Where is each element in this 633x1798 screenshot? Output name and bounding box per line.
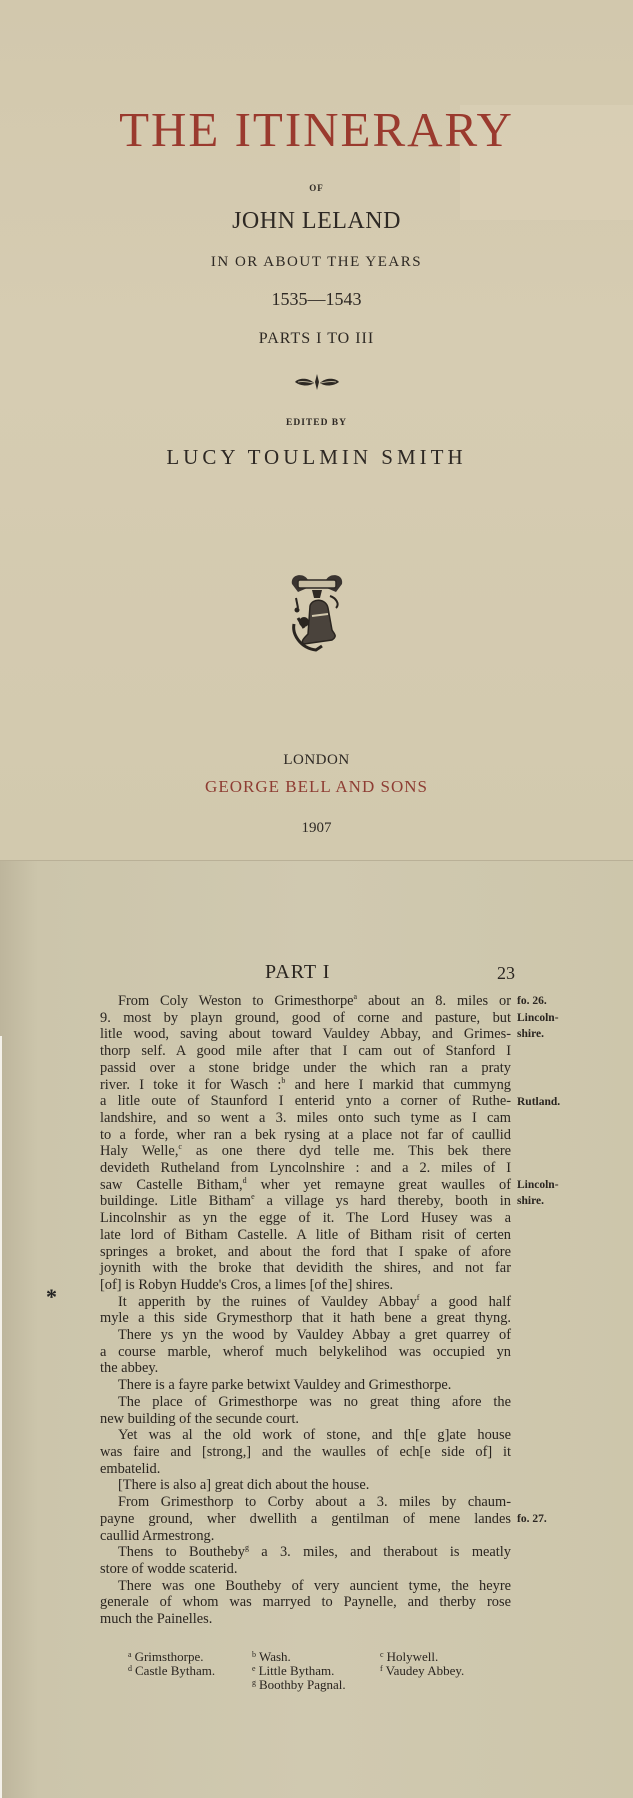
text-line: to a forde, wher ran a bek rysing at a p… [100, 1127, 511, 1144]
text-line: joynith with the broke that devidith the… [100, 1260, 511, 1277]
text-line: [of] is Robyn Hudde's Cros, a limes [of … [100, 1277, 511, 1294]
text-line: caullid Armestrong. [100, 1528, 511, 1545]
text-line: There was one Boutheby of very auncient … [100, 1578, 511, 1595]
of-label: OF [0, 183, 633, 193]
margin-note-county: Rutland. [517, 1096, 560, 1108]
text-line: Thens to Bouthebyg a 3. miles, and thera… [100, 1544, 511, 1561]
text-line: late lord of Bitham Castelle. A litle of… [100, 1227, 511, 1244]
text-line: store of wodde scaterid. [100, 1561, 511, 1578]
text-line: Yet was al the old work of stone, and th… [100, 1427, 511, 1444]
text-line: devideth Rutheland from Lyncolnshire : a… [100, 1160, 511, 1177]
page-heading: PART I [265, 961, 330, 984]
text-line: From Coly Weston to Grimesthorpea about … [100, 993, 511, 1010]
scan-edge [0, 1036, 2, 1797]
edited-by-label: EDITED BY [0, 418, 633, 428]
publication-year: 1907 [0, 820, 633, 837]
years-label: IN OR ABOUT THE YEARS [0, 254, 633, 271]
text-line: thorp self. A good mile after that I cam… [100, 1043, 511, 1060]
text-line: From Grimesthorp to Corby about a 3. mil… [100, 1494, 511, 1511]
text-line: myle a this side Grymesthorp that it hat… [100, 1310, 511, 1327]
text-line: generale of whom was marryed to Paynelle… [100, 1594, 511, 1611]
text-line: saw Castelle Bitham,d wher yet remayne g… [100, 1177, 511, 1194]
text-line: a course marble, wherof much belykelihod… [100, 1344, 511, 1361]
text-line: a litle oute of Staunford I enterid ynto… [100, 1093, 511, 1110]
text-line: new building of the secunde court. [100, 1411, 511, 1428]
margin-note-county: shire. [517, 1195, 544, 1207]
text-line: It apperith by the ruines of Vauldey Abb… [100, 1294, 511, 1311]
text-line: landshire, and so went a 3. miles onto s… [100, 1110, 511, 1127]
text-line: buildinge. Litle Bithame a village ys ha… [100, 1193, 511, 1210]
margin-note-county: Lincoln- [517, 1012, 559, 1024]
footnote: aGrimsthorpe. [128, 1650, 204, 1664]
years-range: 1535—1543 [0, 289, 633, 310]
author-name: JOHN LELAND [0, 208, 633, 235]
leaf-ornament-icon [0, 373, 633, 393]
book-title: THE ITINERARY [0, 101, 633, 158]
text-line: There ys yn the wood by Vauldey Abbay a … [100, 1327, 511, 1344]
bell-anchor-printers-device-icon [0, 568, 633, 658]
text-line: the abbey. [100, 1360, 511, 1377]
page-number: 23 [497, 963, 515, 984]
text-line: passid over a stone bridge under the whi… [100, 1060, 511, 1077]
body-text: From Coly Weston to Grimesthorpea about … [100, 993, 511, 1628]
text-line: Haly Welle,c as one there dyd telle me. … [100, 1143, 511, 1160]
footnote: eLittle Bytham. [252, 1664, 334, 1678]
publication-city: LONDON [0, 752, 633, 769]
publisher-name: GEORGE BELL AND SONS [0, 777, 633, 797]
margin-note-county: Lincoln- [517, 1179, 559, 1191]
text-line: 9. most by playn ground, good of corne a… [100, 1010, 511, 1027]
footnote: dCastle Bytham. [128, 1664, 215, 1678]
text-line: There is a fayre parke betwixt Vauldey a… [100, 1377, 511, 1394]
footnote: gBoothby Pagnal. [252, 1678, 346, 1692]
text-line: The place of Grimesthorpe was no great t… [100, 1394, 511, 1411]
text-line: Lincolnshir as yn the egge of it. The Lo… [100, 1210, 511, 1227]
parts-label: PARTS I TO III [0, 330, 633, 348]
margin-note-county: shire. [517, 1028, 544, 1040]
asterisk-mark: * [46, 1284, 57, 1310]
editor-name: LUCY TOULMIN SMITH [0, 445, 633, 470]
margin-note-folio: fo. 26. [517, 995, 547, 1007]
text-line: much the Painelles. [100, 1611, 511, 1628]
text-line: litle wood, saving about toward Vauldey … [100, 1026, 511, 1043]
text-line: embatelid. [100, 1461, 511, 1478]
text-line: springes a broket, and about the ford th… [100, 1244, 511, 1261]
text-line: was faire and [strong,] and the waulles … [100, 1444, 511, 1461]
title-page: THE ITINERARY OF JOHN LELAND IN OR ABOUT… [0, 0, 633, 860]
footnote: cHolywell. [380, 1650, 438, 1664]
footnote: fVaudey Abbey. [380, 1664, 464, 1678]
text-line: river. I toke it for Wasch :b and here I… [100, 1077, 511, 1094]
text-line: [There is also a] great dich about the h… [100, 1477, 511, 1494]
footnote: bWash. [252, 1650, 291, 1664]
margin-note-folio: fo. 27. [517, 1513, 547, 1525]
text-line: payne ground, wher dwellith a gentilman … [100, 1511, 511, 1528]
